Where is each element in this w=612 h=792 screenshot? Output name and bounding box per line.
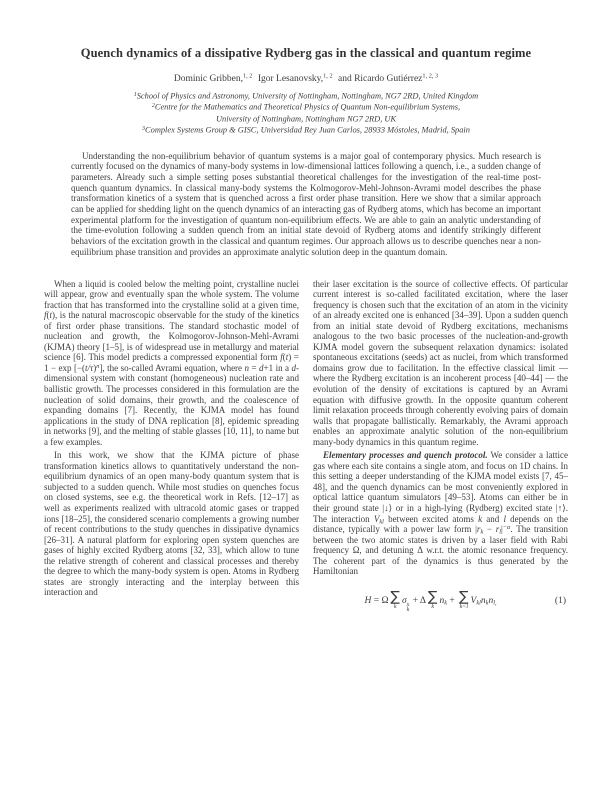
sigma-sum-icon: ∑: [428, 590, 437, 604]
author-name-text: and Ricardo Gutiérrez: [338, 74, 422, 84]
affiliation-text: School of Physics and Astronomy, Univers…: [137, 91, 479, 100]
sum-limit: k: [394, 604, 397, 611]
author-affiliation-marker: 1, 2, 3: [422, 72, 438, 79]
author-name: Dominic Gribben,1, 2: [174, 74, 253, 84]
eq-plus: +: [447, 596, 457, 606]
eq-plus-delta: + Δ: [410, 596, 426, 606]
column-right: their laser excitation is the source of …: [313, 279, 568, 614]
paragraph-this-work: In this work, we show that the KJMA pict…: [44, 450, 299, 598]
affiliation-text: Centre for the Mathematics and Theoretic…: [155, 103, 460, 112]
affiliation-line: 3Complex Systems Group & GISC, Universid…: [44, 124, 568, 136]
affiliation-line: University of Nottingham, Nottingham NG7…: [44, 113, 568, 125]
sigma-sum-icon: ∑: [391, 590, 400, 604]
author-name-text: Dominic Gribben,: [174, 74, 243, 84]
paragraph-elementary-processes: Elementary processes and quench protocol…: [313, 450, 568, 577]
paper-title: Quench dynamics of a dissipative Rydberg…: [44, 46, 568, 61]
sum-limit: k: [431, 604, 434, 611]
eq-subscript-k: k: [407, 608, 410, 614]
equation-number: (1): [555, 588, 566, 614]
author-affiliation-marker: 1, 2: [243, 72, 252, 79]
affiliation-line: 2Centre for the Mathematics and Theoreti…: [44, 101, 568, 113]
paragraph-intro-kjma: When a liquid is cooled below the meltin…: [44, 279, 299, 448]
affiliation-text: Complex Systems Group & GISC, Universida…: [145, 126, 470, 135]
paper-page: Quench dynamics of a dissipative Rydberg…: [0, 0, 612, 792]
sum-limit: k<l: [460, 604, 468, 611]
equation-hamiltonian: H = Ω∑kσxk + Δ∑knk + ∑k<lVklnknl, (1): [313, 588, 568, 614]
affiliations-block: 1School of Physics and Astronomy, Univer…: [44, 90, 568, 136]
author-name-text: Igor Lesanovsky,: [258, 74, 323, 84]
equation-math: H = Ω∑kσxk + Δ∑knk + ∑k<lVklnknl,: [364, 596, 496, 606]
body-columns: When a liquid is cooled below the meltin…: [44, 279, 568, 614]
column-left: When a liquid is cooled below the meltin…: [44, 279, 299, 614]
eq-subscript-l: l,: [493, 599, 496, 606]
author-name: Igor Lesanovsky,1, 2: [258, 74, 333, 84]
authors-line: Dominic Gribben,1, 2 Igor Lesanovsky,1, …: [44, 70, 568, 85]
paragraph-facilitation: their laser excitation is the source of …: [313, 279, 568, 448]
sum-operator: ∑k: [428, 590, 437, 611]
sum-operator: ∑k: [391, 590, 400, 611]
sigma-sum-icon: ∑: [459, 590, 468, 604]
eq-equals-omega: = Ω: [371, 596, 388, 606]
affiliation-line: 1School of Physics and Astronomy, Univer…: [44, 90, 568, 102]
author-affiliation-marker: 1, 2: [323, 72, 332, 79]
author-name: and Ricardo Gutiérrez1, 2, 3: [338, 74, 438, 84]
abstract-text: Understanding the non-equilibrium behavi…: [71, 151, 541, 258]
eq-sigma-scripts: xk: [407, 603, 410, 614]
affiliation-text: University of Nottingham, Nottingham NG7…: [216, 114, 396, 123]
sum-operator: ∑k<l: [459, 590, 468, 611]
